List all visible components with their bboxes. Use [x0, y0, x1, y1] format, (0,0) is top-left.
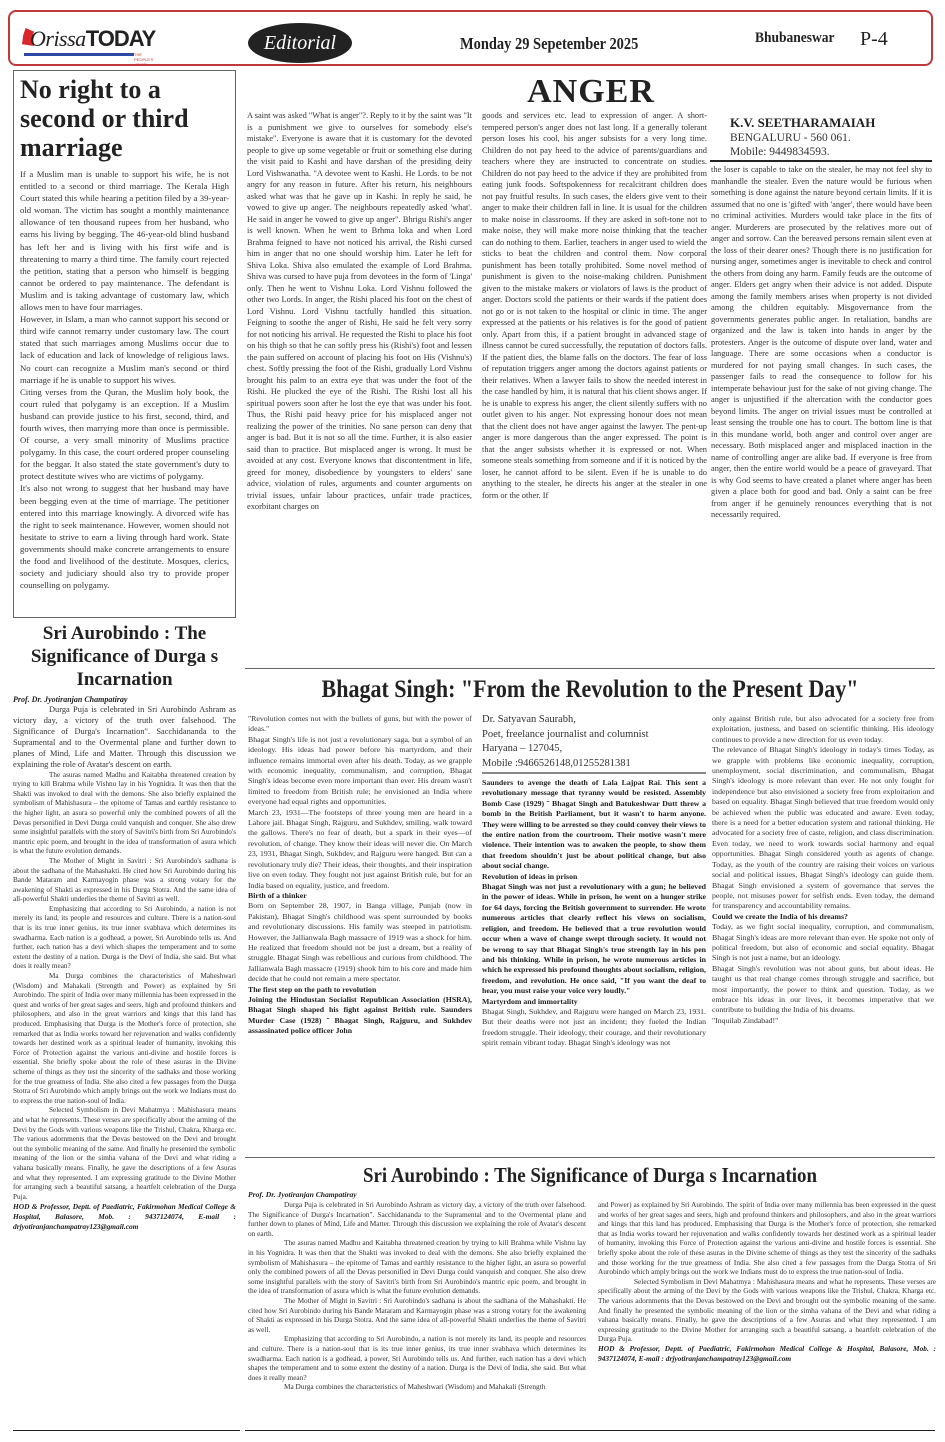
subheading: The first step on the path to revolution — [248, 985, 472, 995]
logo-bold: TODAY — [86, 26, 156, 51]
article-aurobindo-bottom-title: Sri Aurobindo : The Significance of Durg… — [275, 1163, 905, 1188]
byline: Prof. Dr. Jyotiranjan Champatiray — [13, 695, 236, 704]
subheading: Martyrdom and immortality — [482, 997, 706, 1007]
article-aurobindo-left: Sri Aurobindo : The Significance of Durg… — [13, 622, 236, 1362]
paragraph: Saunders to avenge the death of Lala Laj… — [482, 778, 706, 872]
article-bhagat-col1: "Revolution comes not with the bullets o… — [248, 714, 472, 1154]
paragraph: Ma Durga combines the characteristics of… — [13, 972, 236, 1106]
paragraph: The Mother of Might in Savitri : Sri Aur… — [13, 857, 236, 905]
paragraph: Durga Puja is celebrated in Sri Aurobind… — [13, 704, 236, 771]
divider — [245, 1430, 935, 1431]
paragraph: Joining the Hindustan Socialist Republic… — [248, 995, 472, 1037]
author-name: K.V. SEETHARAMAIAH — [730, 115, 930, 131]
issue-date: Monday 29 Sepetember 2025 — [460, 34, 638, 54]
paragraph: "Inquilab Zindabad!" — [712, 1016, 934, 1026]
article-anger-col2: goods and services etc. lead to expressi… — [482, 110, 707, 666]
article-aurobindo-bottom-col2: and Power) as explained by Sri Aurobindo… — [598, 1200, 936, 1418]
masthead: OrissaTODAY THE PEOPLE'S VOICE Editorial… — [8, 10, 933, 66]
divider — [245, 1157, 935, 1158]
article-marriage: No right to a second or third marriage I… — [13, 70, 236, 618]
paragraph: It's also not wrong to suggest that her … — [20, 482, 229, 591]
author-place: Haryana – 127045, — [482, 742, 707, 757]
article-anger-col3: the loser is capable to take on the stea… — [711, 164, 932, 666]
article-aurobindo-left-title: Sri Aurobindo : The Significance of Durg… — [13, 622, 236, 691]
author-role: Poet, freelance journalist and columnist — [482, 728, 707, 743]
paragraph: only against British rule, but also advo… — [712, 714, 934, 745]
divider — [710, 160, 932, 162]
paragraph: However, in Islam, a man who cannot supp… — [20, 313, 229, 386]
author-mobile: Mobile: 9449834593. — [730, 145, 930, 159]
subheading: Revolution of ideas in prison — [482, 872, 706, 882]
article-bhagat-contact: Dr. Satyavan Saurabh, Poet, freelance jo… — [482, 713, 707, 771]
paragraph: Ma Durga combines the characteristics of… — [248, 1382, 586, 1392]
article-aurobindo-left-body: Durga Puja is celebrated in Sri Aurobind… — [13, 704, 236, 1232]
article-marriage-body: If a Muslim man is unable to support his… — [20, 168, 229, 591]
article-bhagat-col2: Saunders to avenge the death of Lala Laj… — [482, 778, 706, 1154]
subheading: Could we create the India of his dreams? — [712, 912, 934, 922]
paragraph: Bhagat Singh, Sukhdev, and Rajguru were … — [482, 1007, 706, 1049]
author-footer: HOD & Professor, Deptt. of Paediatric, F… — [13, 1202, 236, 1231]
section-badge-editorial: Editorial — [248, 23, 352, 63]
page-number: P-4 — [860, 28, 888, 51]
logo-underline — [24, 53, 134, 56]
paragraph: The relevance of Bhagat Singh's ideology… — [712, 745, 934, 912]
logo-tagline: THE PEOPLE'S VOICE — [134, 52, 162, 67]
paragraph: The asuras named Madhu and Kaitabha thre… — [248, 1238, 586, 1296]
paragraph: Born on September 28, 1907, in Banga vil… — [248, 901, 472, 984]
paragraph: Emphasizing that according to Sri Aurobi… — [248, 1334, 586, 1382]
paragraph: Emphasizing that according to Sri Aurobi… — [13, 905, 236, 972]
byline: Prof. Dr. Jyotiranjan Champatiray — [248, 1190, 357, 1199]
author-footer: HOD & Professor, Deptt. of Paediatric, F… — [598, 1344, 936, 1364]
article-anger-title: ANGER — [476, 73, 706, 111]
paragraph: The asuras named Madhu and Kaitabha thre… — [13, 771, 236, 857]
subheading: Birth of a thinker — [248, 891, 472, 901]
paragraph: If a Muslim man is unable to support his… — [20, 168, 229, 313]
paragraph: March 23, 1931—The footsteps of three yo… — [248, 808, 472, 891]
paragraph: "Revolution comes not with the bullets o… — [248, 714, 472, 735]
article-anger-author: K.V. SEETHARAMAIAH BENGALURU - 560 061. … — [730, 115, 930, 159]
orissa-today-logo[interactable]: OrissaTODAY THE PEOPLE'S VOICE — [22, 26, 162, 60]
author-mobile: Mobile :9466526148,01255281381 — [482, 757, 707, 772]
logo-italic: Orissa — [30, 26, 86, 51]
article-aurobindo-bottom-col1: Durga Puja is celebrated in Sri Aurobind… — [248, 1200, 586, 1418]
paragraph: Today, as we fight social inequality, co… — [712, 922, 934, 964]
paragraph: Bhagat Singh's revolution was not about … — [712, 964, 934, 1016]
paragraph: Bhagat Singh's life is not just a revolu… — [248, 735, 472, 808]
author-city: BENGALURU - 560 061. — [730, 131, 930, 145]
paragraph: The Mother of Might in Savitri : Sri Aur… — [248, 1296, 586, 1334]
article-marriage-title: No right to a second or third marriage — [20, 75, 229, 162]
divider — [13, 1430, 240, 1431]
author-name: Dr. Satyavan Saurabh, — [482, 713, 707, 728]
paragraph: Selected Symbolism in Devi Mahatmya : Ma… — [13, 1106, 236, 1202]
paragraph: and Power) as explained by Sri Aurobindo… — [598, 1200, 936, 1277]
edition-city: Bhubaneswar — [755, 30, 835, 47]
paragraph: Selected Symbolism in Devi Mahatmya : Ma… — [598, 1277, 936, 1344]
article-bhagat-col3: only against British rule, but also advo… — [712, 714, 934, 1154]
paragraph: Bhagat Singh was not just a revolutionar… — [482, 882, 706, 996]
divider — [482, 772, 706, 774]
article-anger-col1: A saint was asked "What is anger"?. Repl… — [247, 110, 472, 666]
paragraph: Citing verses from the Quran, the Muslim… — [20, 386, 229, 483]
paragraph: Durga Puja is celebrated in Sri Aurobind… — [248, 1200, 586, 1238]
divider — [245, 668, 935, 669]
article-bhagat-title: Bhagat Singh: "From the Revolution to th… — [282, 676, 898, 704]
